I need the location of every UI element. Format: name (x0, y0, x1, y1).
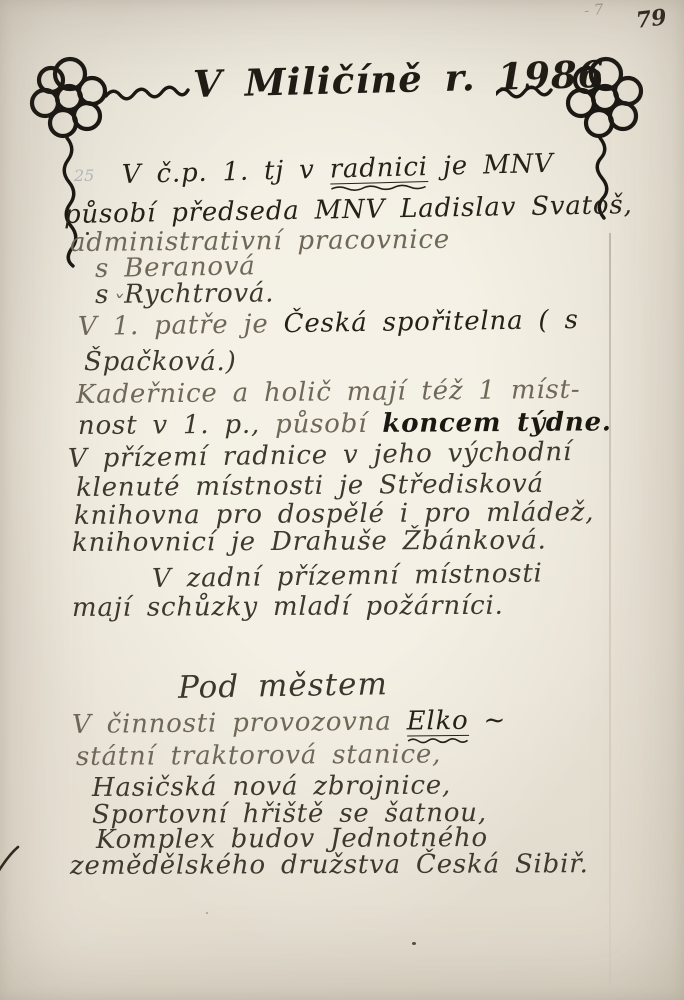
page-crease (609, 233, 611, 983)
text-line: nost v 1. p., působí koncem týdne. (78, 409, 612, 439)
text-line: Kadeřnice a holič mají též 1 míst- (76, 377, 581, 408)
text-segment: ~ (468, 705, 506, 735)
text-segment: je MNV (427, 149, 553, 182)
text-line: V zadní přízemní místnosti (152, 561, 543, 592)
text-segment: nost v 1. p., (78, 410, 275, 441)
dust-speck (206, 912, 208, 914)
text-segment: působí (275, 409, 382, 440)
text-line: V činnosti provozovna Elko ~ (72, 707, 506, 740)
text-line: zemědělského družstva Česká Sibiř. (70, 851, 589, 879)
text-line: administrativní pracovnice (70, 227, 450, 256)
text-line: mají schůzky mladí požárníci. (72, 593, 504, 621)
section-heading: Pod městem (178, 666, 388, 706)
zigzag-line-icon (106, 87, 188, 99)
dust-speck (412, 942, 416, 945)
text-line: státní traktorová stanice, (76, 741, 441, 770)
text-segment: koncem týdne. (382, 407, 612, 439)
checkmark-slash-icon (0, 845, 20, 875)
text-segment: V 1. patře je (78, 309, 284, 342)
text-segment: Elko (406, 706, 468, 737)
text-segment: V činnosti provozovna (72, 706, 407, 740)
underlined-word: Elko (406, 708, 468, 737)
pencil-scribble: - 7 (583, 0, 604, 19)
text-line: s Beranová (95, 253, 256, 282)
text-segment: V č.p. 1. tj v (122, 155, 331, 190)
text-line: Hasičská nová zbrojnice, (92, 772, 451, 801)
text-line: s Rychtrová. (95, 280, 275, 308)
text-segment: radnici (329, 152, 428, 185)
text-line: klenuté místnosti je Středisková (76, 471, 544, 501)
page-number: 79 (635, 4, 669, 34)
text-line: Špačková.) (84, 349, 237, 375)
chronicle-page-photo: - 7 79 25 ˇ V Miličíně r. 1986 (0, 0, 684, 1000)
text-line: V přízemí radnice v jeho východní (68, 439, 572, 472)
text-segment: Česká spořitelna ( s (283, 305, 578, 339)
zigzag-line-icon (496, 87, 551, 97)
text-line: knihovnicí je Drahuše Žbánková. (72, 528, 547, 556)
underlined-word: radnici (329, 154, 428, 185)
text-line: knihovna pro dospělé i pro mládež, (74, 499, 594, 529)
wavy-underline-icon (331, 183, 425, 192)
text-line: V 1. patře je Česká spořitelna ( s (78, 307, 579, 340)
ink-dot (86, 232, 89, 235)
